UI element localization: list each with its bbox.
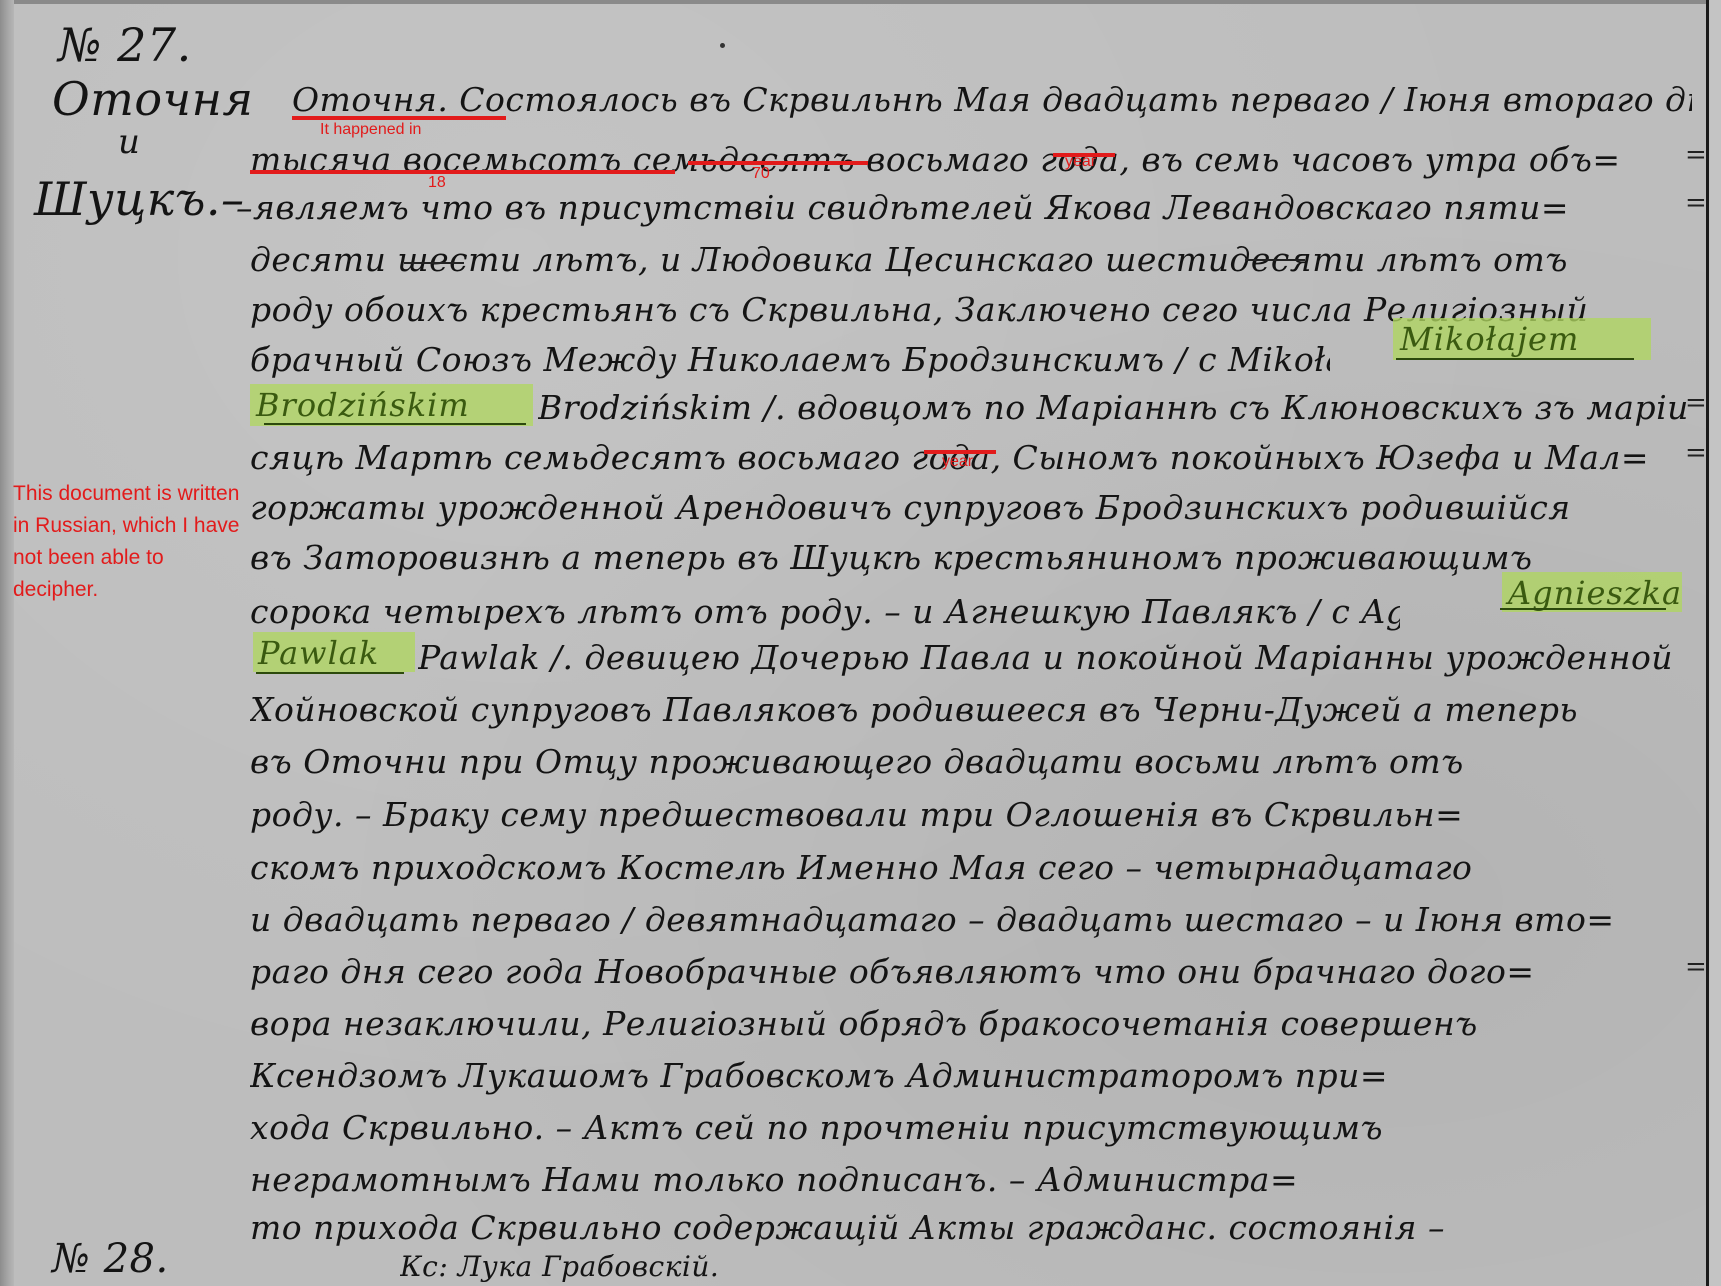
highlighted-name-mikolajem: Mikołajem <box>1400 320 1579 358</box>
annotation-70: 70 <box>752 165 770 183</box>
record-line-18: раго дня сего года Новобрачные объявляют… <box>250 952 1700 991</box>
underline-mikolajem <box>1396 358 1634 360</box>
underline-brodzinskim <box>264 423 526 425</box>
record-line-3: –являемъ что въ присутствіи свидѣтелей Я… <box>236 188 1686 227</box>
record-line-9: горжаты урожденной Арендовичъ супруговъ … <box>250 488 1700 527</box>
continuation-mark: = <box>1685 952 1707 982</box>
highlighted-name-pawlak: Pawlak <box>258 634 379 672</box>
annotation-side-note: This document is written in Russian, whi… <box>13 478 253 606</box>
page-binding-edge <box>0 0 14 1286</box>
next-entry-number: № 28. <box>52 1236 169 1282</box>
record-line-22: неграмотнымъ Нами только подписанъ. – Ад… <box>250 1160 1700 1199</box>
record-line-10: въ Заторовизнѣ а теперь въ Шуцкѣ крестья… <box>250 538 1700 577</box>
record-line-16: скомъ приходскомъ Костелѣ Именно Мая сег… <box>250 848 1700 887</box>
page-top-edge <box>0 0 1721 4</box>
red-underline-happened <box>292 116 506 120</box>
ink-speck <box>720 43 725 48</box>
continuation-mark: = <box>1685 438 1707 468</box>
underline-agnieszka <box>1500 608 1666 610</box>
handwriting-underline <box>404 262 464 264</box>
annotation-year-1: year <box>1065 153 1096 171</box>
annotation-year-2: year <box>942 453 973 471</box>
record-line-11: сорока четырехъ лѣтъ отъ роду. – и Агнеш… <box>250 592 1400 631</box>
priest-signature: Кс: Лука Грабовскій. <box>400 1250 1721 1283</box>
record-line-8: сяцѣ Мартѣ семьдесятъ восьмаго года, Сын… <box>250 438 1700 477</box>
entry-number: № 27. <box>58 18 192 72</box>
record-line-14: въ Оточни при Отцу проживающего двадцати… <box>250 742 1700 781</box>
record-line-21: хода Скрвильно. – Актъ сей по прочтеніи … <box>250 1108 1700 1147</box>
continuation-mark: = <box>1685 140 1707 170</box>
annotation-it-happened-in: It happened in <box>320 121 421 139</box>
continuation-mark: = <box>1685 388 1707 418</box>
highlighted-name-brodzinskim: Brodzińskim <box>256 386 470 424</box>
margin-conjunction: и <box>118 122 140 162</box>
record-line-17: и двадцать перваго / девятнадцатаго – дв… <box>250 900 1700 939</box>
record-line-12: Pawlak /. девицею Дочерью Павла и покойн… <box>418 638 1698 677</box>
record-line-7: Brodzińskim /. вдовцомъ по Маріаннѣ съ К… <box>538 388 1698 427</box>
record-line-4: десяти шести лѣтъ, и Людовика Цесинскаго… <box>250 240 1700 279</box>
highlighted-name-agnieszka: Agnieszka <box>1508 574 1682 612</box>
record-line-19: вора незаключили, Религіозный обрядъ бра… <box>250 1004 1700 1043</box>
record-line-15: роду. – Браку сему предшествовали три Ог… <box>250 795 1700 834</box>
continuation-mark: = <box>1685 188 1707 218</box>
record-line-20: Ксендзомъ Лукашомъ Грабовскомъ Администр… <box>250 1056 1700 1095</box>
red-underline-1800 <box>250 170 675 174</box>
record-line-6: брачный Союзъ Между Николаемъ Бродзински… <box>250 340 1330 379</box>
annotation-18: 18 <box>428 174 446 192</box>
handwriting-underline <box>1245 259 1305 261</box>
record-line-23: то прихода Скрвильно содержащій Акты гра… <box>250 1208 1700 1247</box>
margin-place-otochnia: Оточня <box>52 72 253 126</box>
record-line-1: Оточня. Состоялось въ Скрвильнѣ Мая двад… <box>292 80 1692 119</box>
scanned-document-page: № 27. Оточня и Шуцкъ.– Оточня. Состоялос… <box>0 0 1721 1286</box>
record-line-13: Хойновской супруговъ Павляковъ родившеес… <box>250 690 1700 729</box>
underline-pawlak <box>256 672 404 674</box>
red-underline-70 <box>688 161 868 165</box>
right-page-margin <box>1709 0 1721 1286</box>
margin-place-szuck: Шуцкъ.– <box>34 172 245 226</box>
